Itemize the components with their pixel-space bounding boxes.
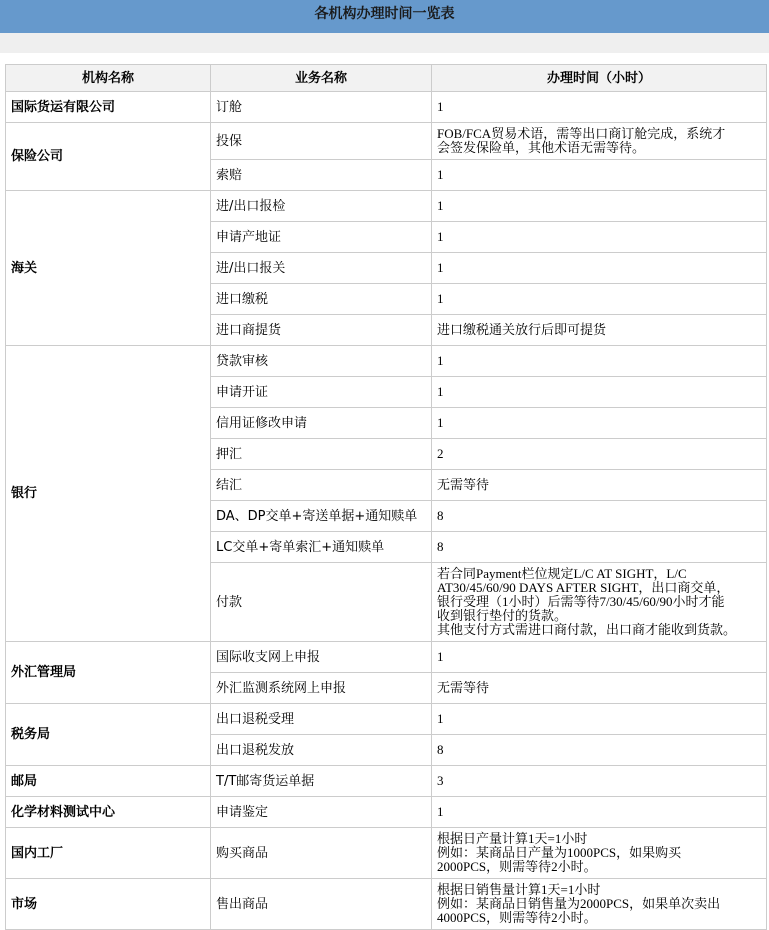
business-name-cell: 国际收支网上申报 [211, 642, 432, 673]
business-name-cell: DA、DP交单+寄送单据+通知赎单 [211, 501, 432, 532]
processing-time-cell: 无需等待 [432, 673, 767, 704]
business-name-cell: 索赔 [211, 160, 432, 191]
processing-time-line: 若合同Payment栏位规定L/C AT SIGHT，L/C [437, 567, 761, 581]
processing-time-line: 进口缴税通关放行后即可提货 [437, 323, 761, 337]
processing-time-table-container: 机构名称 业务名称 办理时间（小时） 国际货运有限公司订舱1保险公司投保FOB/… [5, 64, 766, 891]
processing-time-line: 无需等待 [437, 681, 761, 695]
org-name-cell: 市场 [6, 879, 211, 892]
business-name-cell: 贷款审核 [211, 346, 432, 377]
processing-time-cell: 1 [432, 346, 767, 377]
processing-time-line: 无需等待 [437, 478, 761, 492]
table-row: 邮局T/T邮寄货运单据3 [6, 766, 767, 797]
org-name-cell: 银行 [6, 346, 211, 642]
processing-time-cell: 1 [432, 642, 767, 673]
processing-time-cell: FOB/FCA贸易术语，需等出口商订舱完成，系统才会签发保险单，其他术语无需等待… [432, 123, 767, 160]
header-business: 业务名称 [211, 65, 432, 92]
processing-time-line: 根据日产量计算1天=1小时 [437, 832, 761, 846]
table-row: 国际货运有限公司订舱1 [6, 92, 767, 123]
table-body: 国际货运有限公司订舱1保险公司投保FOB/FCA贸易术语，需等出口商订舱完成，系… [6, 92, 767, 892]
processing-time-cell: 1 [432, 797, 767, 828]
processing-time-line: 1 [437, 199, 761, 213]
processing-time-cell: 3 [432, 766, 767, 797]
processing-time-cell: 1 [432, 222, 767, 253]
header-time: 办理时间（小时） [432, 65, 767, 92]
processing-time-line: 1 [437, 100, 761, 114]
processing-time-line: 根据日销售量计算1天=1小时 [437, 883, 761, 891]
processing-time-cell: 1 [432, 253, 767, 284]
processing-time-line: 1 [437, 168, 761, 182]
business-name-cell: LC交单+寄单索汇+通知赎单 [211, 532, 432, 563]
processing-time-line: 会签发保险单，其他术语无需等待。 [437, 141, 761, 155]
org-name-cell: 国际货运有限公司 [6, 92, 211, 123]
processing-time-table: 机构名称 业务名称 办理时间（小时） 国际货运有限公司订舱1保险公司投保FOB/… [5, 64, 767, 891]
business-name-cell: 订舱 [211, 92, 432, 123]
org-name-cell: 国内工厂 [6, 828, 211, 879]
processing-time-cell: 根据日销售量计算1天=1小时例如：某商品日销售量为2000PCS，如果单次卖出4… [432, 879, 767, 892]
business-name-cell: 购买商品 [211, 828, 432, 879]
org-name-cell: 税务局 [6, 704, 211, 766]
table-row: 保险公司投保FOB/FCA贸易术语，需等出口商订舱完成，系统才会签发保险单，其他… [6, 123, 767, 160]
processing-time-line: 例如：某商品日产量为1000PCS，如果购买 [437, 846, 761, 860]
business-name-cell: 付款 [211, 563, 432, 642]
processing-time-line: AT30/45/60/90 DAYS AFTER SIGHT，出口商交单， [437, 581, 761, 595]
processing-time-cell: 8 [432, 532, 767, 563]
processing-time-cell: 8 [432, 501, 767, 532]
processing-time-cell: 1 [432, 408, 767, 439]
org-name-cell: 外汇管理局 [6, 642, 211, 704]
table-row: 市场售出商品根据日销售量计算1天=1小时例如：某商品日销售量为2000PCS，如… [6, 879, 767, 892]
page-title-bar: 各机构办理时间一览表 [0, 0, 769, 33]
business-name-cell: 押汇 [211, 439, 432, 470]
processing-time-cell: 2 [432, 439, 767, 470]
business-name-cell: 进/出口报关 [211, 253, 432, 284]
processing-time-line: 1 [437, 292, 761, 306]
processing-time-cell: 1 [432, 191, 767, 222]
processing-time-line: 8 [437, 540, 761, 554]
business-name-cell: T/T邮寄货运单据 [211, 766, 432, 797]
processing-time-cell: 1 [432, 377, 767, 408]
processing-time-cell: 1 [432, 92, 767, 123]
business-name-cell: 进/出口报检 [211, 191, 432, 222]
business-name-cell: 进口商提货 [211, 315, 432, 346]
business-name-cell: 结汇 [211, 470, 432, 501]
business-name-cell: 申请鉴定 [211, 797, 432, 828]
toolbar-band [0, 33, 769, 53]
business-name-cell: 信用证修改申请 [211, 408, 432, 439]
processing-time-line: 1 [437, 354, 761, 368]
org-name-cell: 化学材料测试中心 [6, 797, 211, 828]
processing-time-cell: 进口缴税通关放行后即可提货 [432, 315, 767, 346]
processing-time-line: 1 [437, 416, 761, 430]
business-name-cell: 出口退税发放 [211, 735, 432, 766]
business-name-cell: 出口退税受理 [211, 704, 432, 735]
processing-time-line: 1 [437, 650, 761, 664]
business-name-cell: 外汇监测系统网上申报 [211, 673, 432, 704]
processing-time-line: 1 [437, 805, 761, 819]
table-row: 税务局出口退税受理1 [6, 704, 767, 735]
processing-time-line: 其他支付方式需进口商付款，出口商才能收到货款。 [437, 623, 761, 637]
table-row: 国内工厂购买商品根据日产量计算1天=1小时例如：某商品日产量为1000PCS，如… [6, 828, 767, 879]
business-name-cell: 申请开证 [211, 377, 432, 408]
table-row: 化学材料测试中心申请鉴定1 [6, 797, 767, 828]
business-name-cell: 进口缴税 [211, 284, 432, 315]
processing-time-line: 1 [437, 261, 761, 275]
org-name-cell: 邮局 [6, 766, 211, 797]
org-name-cell: 保险公司 [6, 123, 211, 191]
processing-time-cell: 1 [432, 284, 767, 315]
business-name-cell: 投保 [211, 123, 432, 160]
processing-time-line: 收到银行垫付的货款。 [437, 609, 761, 623]
processing-time-line: FOB/FCA贸易术语，需等出口商订舱完成，系统才 [437, 127, 761, 141]
table-header-row: 机构名称 业务名称 办理时间（小时） [6, 65, 767, 92]
processing-time-line: 2000PCS，则需等待2小时。 [437, 860, 761, 874]
business-name-cell: 售出商品 [211, 879, 432, 892]
processing-time-line: 3 [437, 774, 761, 788]
processing-time-line: 1 [437, 230, 761, 244]
processing-time-line: 银行受理（1小时）后需等待7/30/45/60/90小时才能 [437, 595, 761, 609]
page-title: 各机构办理时间一览表 [315, 6, 455, 22]
processing-time-line: 8 [437, 743, 761, 757]
table-row: 海关进/出口报检1 [6, 191, 767, 222]
processing-time-cell: 无需等待 [432, 470, 767, 501]
processing-time-cell: 若合同Payment栏位规定L/C AT SIGHT，L/CAT30/45/60… [432, 563, 767, 642]
processing-time-cell: 根据日产量计算1天=1小时例如：某商品日产量为1000PCS，如果购买2000P… [432, 828, 767, 879]
processing-time-cell: 1 [432, 704, 767, 735]
header-org: 机构名称 [6, 65, 211, 92]
table-row: 银行贷款审核1 [6, 346, 767, 377]
org-name-cell: 海关 [6, 191, 211, 346]
table-row: 外汇管理局国际收支网上申报1 [6, 642, 767, 673]
processing-time-cell: 8 [432, 735, 767, 766]
processing-time-line: 2 [437, 447, 761, 461]
processing-time-cell: 1 [432, 160, 767, 191]
processing-time-line: 8 [437, 509, 761, 523]
processing-time-line: 1 [437, 712, 761, 726]
business-name-cell: 申请产地证 [211, 222, 432, 253]
processing-time-line: 1 [437, 385, 761, 399]
